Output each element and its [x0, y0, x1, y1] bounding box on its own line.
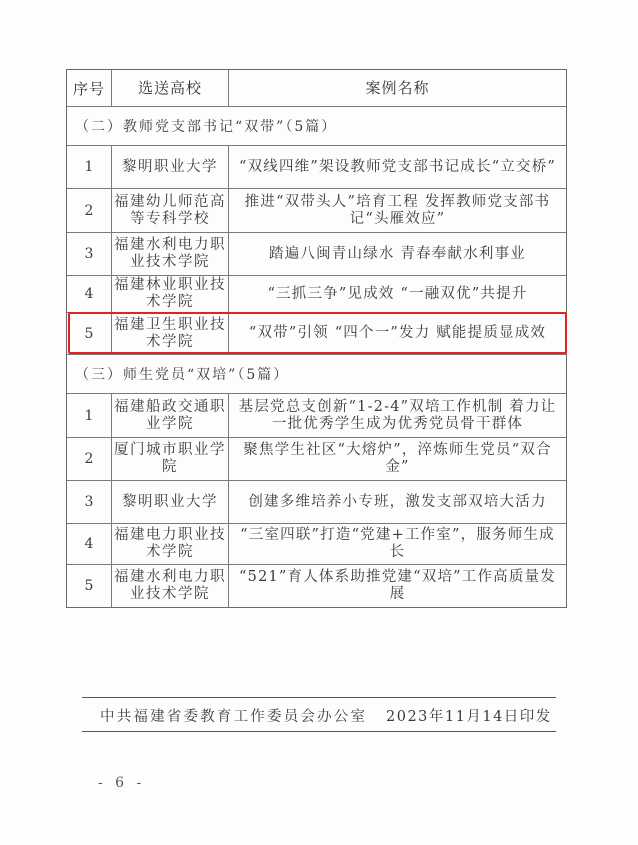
row-no: 1	[67, 394, 112, 437]
table-row: 1 福建船政交通职业学院 基层党总支创新“1-2-4”双培工作机制 着力让一批优…	[67, 394, 566, 438]
row-school: 福建船政交通职业学院	[112, 394, 229, 437]
row-title: 创建多维培养小专班，激发支部双培大活力	[229, 481, 566, 523]
row-school: 黎明职业大学	[112, 146, 229, 188]
footer-top-rule	[82, 697, 556, 698]
row-school: 福建水利电力职业技术学院	[112, 565, 229, 607]
row-title: 踏遍八闽青山绿水 青春奉献水利事业	[229, 233, 566, 275]
footer-date: 2023年11月14日印发	[386, 705, 552, 726]
row-title: “三室四联”打造“党建+工作室”，服务师生成长	[229, 524, 566, 564]
row-no: 3	[67, 233, 112, 275]
table-row: 2 厦门城市职业学院 聚焦学生社区“大熔炉”，淬炼师生党员“双合金”	[67, 438, 566, 481]
table-row-highlighted: 5 福建卫生职业技术学院 “双带”引领 “四个一”发力 赋能提质显成效	[67, 313, 566, 355]
row-title: 推进“双带头人”培育工程 发挥教师党支部书记“头雁效应”	[229, 189, 566, 232]
row-title: 基层党总支创新“1-2-4”双培工作机制 着力让一批优秀学生成为优秀党员骨干群体	[229, 394, 566, 437]
section-heading-3: （三）师生党员“双培”（5篇）	[67, 355, 566, 394]
footer-organization: 中共福建省委教育工作委员会办公室	[100, 705, 367, 726]
table-row: 3 福建水利电力职业技术学院 踏遍八闽青山绿水 青春奉献水利事业	[67, 233, 566, 276]
row-title: “双线四维”架设教师党支部书记成长“立交桥”	[229, 146, 566, 188]
table-row: 5 福建水利电力职业技术学院 “521”育人体系助推党建“双培”工作高质量发展	[67, 565, 566, 607]
row-school: 厦门城市职业学院	[112, 438, 229, 480]
header-title: 案例名称	[229, 70, 566, 106]
row-no: 2	[67, 189, 112, 232]
row-title: “521”育人体系助推党建“双培”工作高质量发展	[229, 565, 566, 607]
row-school: 福建林业职业技术学院	[112, 276, 229, 312]
table-header-row: 序号 选送高校 案例名称	[67, 70, 566, 107]
case-table: 序号 选送高校 案例名称 （二）教师党支部书记“双带”（5篇） 1 黎明职业大学…	[66, 69, 567, 608]
table-row: 2 福建幼儿师范高等专科学校 推进“双带头人”培育工程 发挥教师党支部书记“头雁…	[67, 189, 566, 233]
row-no: 5	[67, 313, 112, 354]
row-no: 3	[67, 481, 112, 523]
table-row: 1 黎明职业大学 “双线四维”架设教师党支部书记成长“立交桥”	[67, 146, 566, 189]
row-no: 4	[67, 276, 112, 312]
row-title: 聚焦学生社区“大熔炉”，淬炼师生党员“双合金”	[229, 438, 566, 480]
table-row: 3 黎明职业大学 创建多维培养小专班，激发支部双培大活力	[67, 481, 566, 524]
row-school: 福建卫生职业技术学院	[112, 313, 229, 354]
row-school: 福建电力职业技术学院	[112, 524, 229, 564]
row-school: 黎明职业大学	[112, 481, 229, 523]
header-school: 选送高校	[112, 70, 229, 106]
row-school: 福建幼儿师范高等专科学校	[112, 189, 229, 232]
table-row: 4 福建电力职业技术学院 “三室四联”打造“党建+工作室”，服务师生成长	[67, 524, 566, 565]
row-no: 4	[67, 524, 112, 564]
row-no: 1	[67, 146, 112, 188]
row-no: 2	[67, 438, 112, 480]
row-title: “三抓三争”见成效 “一融双优”共提升	[229, 276, 566, 312]
header-no: 序号	[67, 70, 112, 106]
section-heading-2: （二）教师党支部书记“双带”（5篇）	[67, 107, 566, 146]
page-number: - 6 -	[98, 775, 145, 791]
row-title: “双带”引领 “四个一”发力 赋能提质显成效	[229, 313, 566, 354]
table-row: 4 福建林业职业技术学院 “三抓三争”见成效 “一融双优”共提升	[67, 276, 566, 313]
footer-bottom-rule	[82, 731, 556, 732]
row-school: 福建水利电力职业技术学院	[112, 233, 229, 275]
row-no: 5	[67, 565, 112, 607]
